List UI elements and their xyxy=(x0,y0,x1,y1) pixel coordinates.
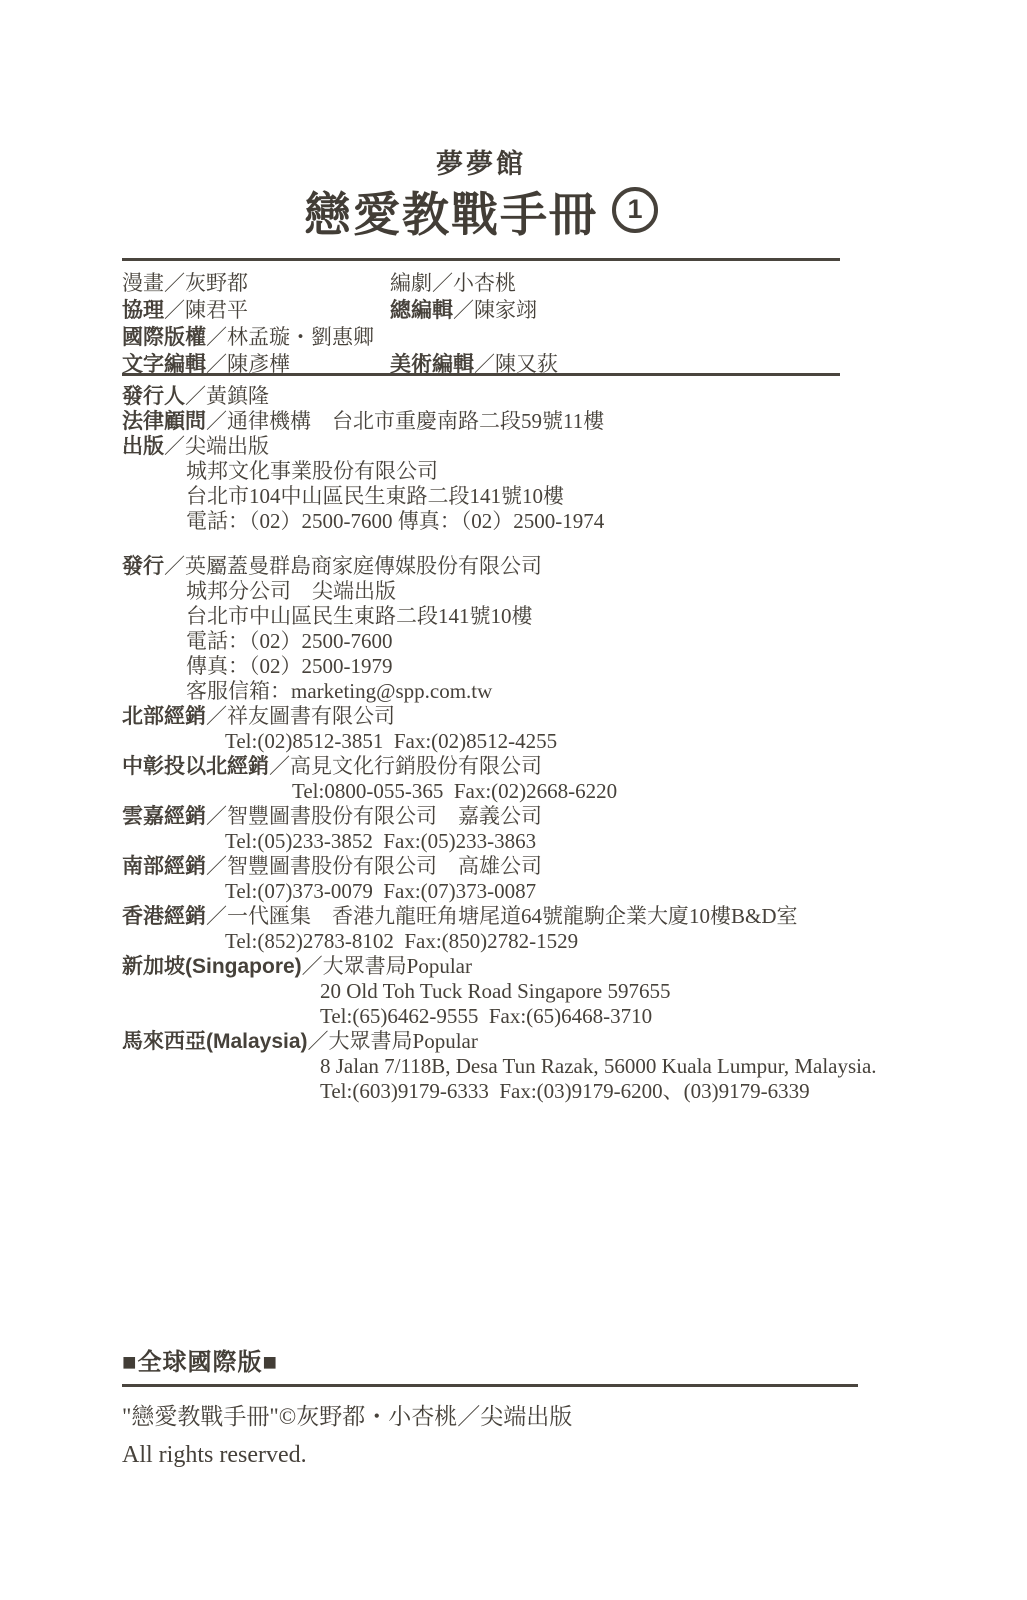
credit-cell: 協理／陳君平 xyxy=(122,297,390,324)
publishing-value: 大眾書局Popular xyxy=(323,954,472,978)
colophon-page: 夢夢館 戀愛教戰手冊 1 漫畫／灰野都 編劇／小杏桃 協理／陳君平 總編輯／陳家… xyxy=(0,0,1027,1600)
publishing-label: 雲嘉經銷 xyxy=(122,805,206,828)
credit-cell: 總編輯／陳家翊 xyxy=(390,297,537,324)
credit-role: 協理 xyxy=(122,299,164,322)
publishing-line: Tel:(65)6462-9555 Fax:(65)6468-3710 xyxy=(122,1004,1002,1029)
label-separator: ／ xyxy=(185,384,206,408)
publishing-line: 新加坡(Singapore)／大眾書局Popular xyxy=(122,954,1002,979)
publishing-line: 20 Old Toh Tuck Road Singapore 597655 xyxy=(122,979,1002,1004)
publishing-value: Tel:(852)2783-8102 Fax:(850)2782-1529 xyxy=(225,929,578,953)
publishing-line: 發行／英屬蓋曼群島商家庭傳媒股份有限公司 xyxy=(122,554,1002,579)
publishing-line: 城邦分公司 尖端出版 xyxy=(122,579,1002,604)
publishing-value: 8 Jalan 7/118B, Desa Tun Razak, 56000 Ku… xyxy=(320,1054,877,1078)
publishing-label: 發行人 xyxy=(122,385,185,408)
divider-rule-top xyxy=(122,258,840,261)
publishing-value: 台北市中山區民生東路二段141號10樓 xyxy=(186,604,533,628)
publishing-label: 中彰投以北經銷 xyxy=(122,755,269,778)
credits-block: 漫畫／灰野都 編劇／小杏桃 協理／陳君平 總編輯／陳家翊 國際版權／林孟璇・劉惠… xyxy=(122,270,882,378)
publishing-label: 馬來西亞(Malaysia) xyxy=(122,1030,308,1053)
publishing-value: 台北市104中山區民生東路二段141號10樓 xyxy=(186,484,564,508)
publishing-value: 高見文化行銷股份有限公司 xyxy=(290,754,542,778)
publishing-label: 新加坡(Singapore) xyxy=(122,955,302,978)
publishing-value: Tel:(07)373-0079 Fax:(07)373-0087 xyxy=(225,879,536,903)
label-separator: ／ xyxy=(302,954,323,978)
publishing-value: Tel:(603)9179-6333 Fax:(03)9179-6200、(03… xyxy=(320,1079,810,1103)
credit-separator: ／ xyxy=(164,298,185,322)
publishing-label: 北部經銷 xyxy=(122,705,206,728)
publishing-line: 法律顧問／通律機構 台北市重慶南路二段59號11樓 xyxy=(122,409,1002,434)
publishing-line: 南部經銷／智豐圖書股份有限公司 高雄公司 xyxy=(122,854,1002,879)
publishing-line: Tel:(02)8512-3851 Fax:(02)8512-4255 xyxy=(122,729,1002,754)
publishing-line: Tel:0800-055-365 Fax:(02)2668-6220 xyxy=(122,779,1002,804)
publishing-value: 一代匯集 香港九龍旺角塘尾道64號龍駒企業大廈10樓B&D室 xyxy=(227,904,798,928)
publishing-line: 客服信箱：marketing@spp.com.tw xyxy=(122,679,1002,704)
label-separator: ／ xyxy=(206,904,227,928)
publishing-line: 台北市中山區民生東路二段141號10樓 xyxy=(122,604,1002,629)
publishing-block: 發行人／黃鎮隆 法律顧問／通律機構 台北市重慶南路二段59號11樓 出版／尖端出… xyxy=(122,384,1002,1104)
publishing-line: 電話：（02）2500-7600 傳真：（02）2500-1974 xyxy=(122,509,1002,534)
publishing-value: 電話：（02）2500-7600 xyxy=(186,629,393,653)
label-separator: ／ xyxy=(206,409,227,433)
divider-rule-bottom xyxy=(122,1384,858,1387)
credit-row: 漫畫／灰野都 編劇／小杏桃 xyxy=(122,270,882,297)
publishing-line: 雲嘉經銷／智豐圖書股份有限公司 嘉義公司 xyxy=(122,804,1002,829)
credit-separator: ／ xyxy=(453,298,474,322)
publishing-line: 城邦文化事業股份有限公司 xyxy=(122,459,1002,484)
label-separator: ／ xyxy=(269,754,290,778)
publishing-value: 祥友圖書有限公司 xyxy=(227,704,395,728)
publishing-label: 南部經銷 xyxy=(122,855,206,878)
publishing-value: 大眾書局Popular xyxy=(329,1029,478,1053)
credit-cell: 國際版權／林孟璇・劉惠卿 xyxy=(122,324,390,351)
divider-rule-middle xyxy=(122,373,840,376)
label-separator: ／ xyxy=(308,1029,329,1053)
copyright-notice: "戀愛教戰手冊"©灰野都・小杏桃／尖端出版 xyxy=(122,1402,982,1432)
rights-reserved-text: All rights reserved. xyxy=(122,1440,982,1470)
publishing-line: 北部經銷／祥友圖書有限公司 xyxy=(122,704,1002,729)
customer-service-email: 客服信箱：marketing@spp.com.tw xyxy=(186,679,492,703)
book-title: 戀愛教戰手冊 xyxy=(304,188,598,241)
publishing-value: 20 Old Toh Tuck Road Singapore 597655 xyxy=(320,979,671,1003)
publishing-label: 出版 xyxy=(122,435,164,458)
credit-person: 小杏桃 xyxy=(453,271,516,295)
publishing-line: Tel:(05)233-3852 Fax:(05)233-3863 xyxy=(122,829,1002,854)
credit-separator: ／ xyxy=(164,271,185,295)
publishing-line: 中彰投以北經銷／高見文化行銷股份有限公司 xyxy=(122,754,1002,779)
credit-row: 國際版權／林孟璇・劉惠卿 xyxy=(122,324,882,351)
label-separator: ／ xyxy=(206,804,227,828)
publishing-value: Tel:(65)6462-9555 Fax:(65)6468-3710 xyxy=(320,1004,652,1028)
edition-badge: ■全球國際版■ xyxy=(122,1342,278,1377)
publishing-value: 黃鎮隆 xyxy=(206,384,269,408)
imprint-name: 夢夢館 xyxy=(122,142,840,181)
publishing-line: 出版／尖端出版 xyxy=(122,434,1002,459)
publishing-value: 通律機構 台北市重慶南路二段59號11樓 xyxy=(227,409,604,433)
credit-person: 林孟璇・劉惠卿 xyxy=(227,325,374,349)
label-separator: ／ xyxy=(164,554,185,578)
publishing-line: 台北市104中山區民生東路二段141號10樓 xyxy=(122,484,1002,509)
publishing-value: Tel:(02)8512-3851 Fax:(02)8512-4255 xyxy=(225,729,557,753)
publishing-line: 馬來西亞(Malaysia)／大眾書局Popular xyxy=(122,1029,1002,1054)
credit-role: 編劇 xyxy=(390,271,432,295)
credit-separator: ／ xyxy=(432,271,453,295)
book-title-row: 戀愛教戰手冊 1 xyxy=(122,178,840,245)
credit-cell: 編劇／小杏桃 xyxy=(390,270,516,297)
publishing-value: 城邦分公司 尖端出版 xyxy=(186,579,396,603)
publishing-value: 智豐圖書股份有限公司 高雄公司 xyxy=(227,854,542,878)
publishing-label: 發行 xyxy=(122,555,164,578)
publishing-value: 傳真：（02）2500-1979 xyxy=(186,654,393,678)
publishing-value: Tel:(05)233-3852 Fax:(05)233-3863 xyxy=(225,829,536,853)
credit-role: 國際版權 xyxy=(122,326,206,349)
publishing-line: Tel:(852)2783-8102 Fax:(850)2782-1529 xyxy=(122,929,1002,954)
publishing-line: Tel:(603)9179-6333 Fax:(03)9179-6200、(03… xyxy=(122,1079,1002,1104)
label-separator: ／ xyxy=(206,854,227,878)
publishing-value: 智豐圖書股份有限公司 嘉義公司 xyxy=(227,804,542,828)
publishing-line: Tel:(07)373-0079 Fax:(07)373-0087 xyxy=(122,879,1002,904)
publishing-value: 電話：（02）2500-7600 傳真：（02）2500-1974 xyxy=(186,509,604,533)
publishing-value: 英屬蓋曼群島商家庭傳媒股份有限公司 xyxy=(185,554,542,578)
publishing-label: 法律顧問 xyxy=(122,410,206,433)
credit-person: 陳君平 xyxy=(185,298,248,322)
publishing-line: 香港經銷／一代匯集 香港九龍旺角塘尾道64號龍駒企業大廈10樓B&D室 xyxy=(122,904,1002,929)
publishing-label: 香港經銷 xyxy=(122,905,206,928)
credit-person: 陳家翊 xyxy=(474,298,537,322)
publishing-line: 8 Jalan 7/118B, Desa Tun Razak, 56000 Ku… xyxy=(122,1054,1002,1079)
credit-person: 灰野都 xyxy=(185,271,248,295)
credit-role: 總編輯 xyxy=(390,299,453,322)
credit-row: 協理／陳君平 總編輯／陳家翊 xyxy=(122,297,882,324)
credit-separator: ／ xyxy=(206,325,227,349)
publishing-line: 電話：（02）2500-7600 xyxy=(122,629,1002,654)
credit-role: 漫畫 xyxy=(122,271,164,295)
publishing-value: 尖端出版 xyxy=(185,434,269,458)
publishing-value: Tel:0800-055-365 Fax:(02)2668-6220 xyxy=(292,779,617,803)
volume-number-badge: 1 xyxy=(612,187,658,233)
publishing-value: 城邦文化事業股份有限公司 xyxy=(186,459,438,483)
label-separator: ／ xyxy=(164,434,185,458)
credit-cell: 漫畫／灰野都 xyxy=(122,270,390,297)
publishing-line: 發行人／黃鎮隆 xyxy=(122,384,1002,409)
publishing-line: 傳真：（02）2500-1979 xyxy=(122,654,1002,679)
label-separator: ／ xyxy=(206,704,227,728)
